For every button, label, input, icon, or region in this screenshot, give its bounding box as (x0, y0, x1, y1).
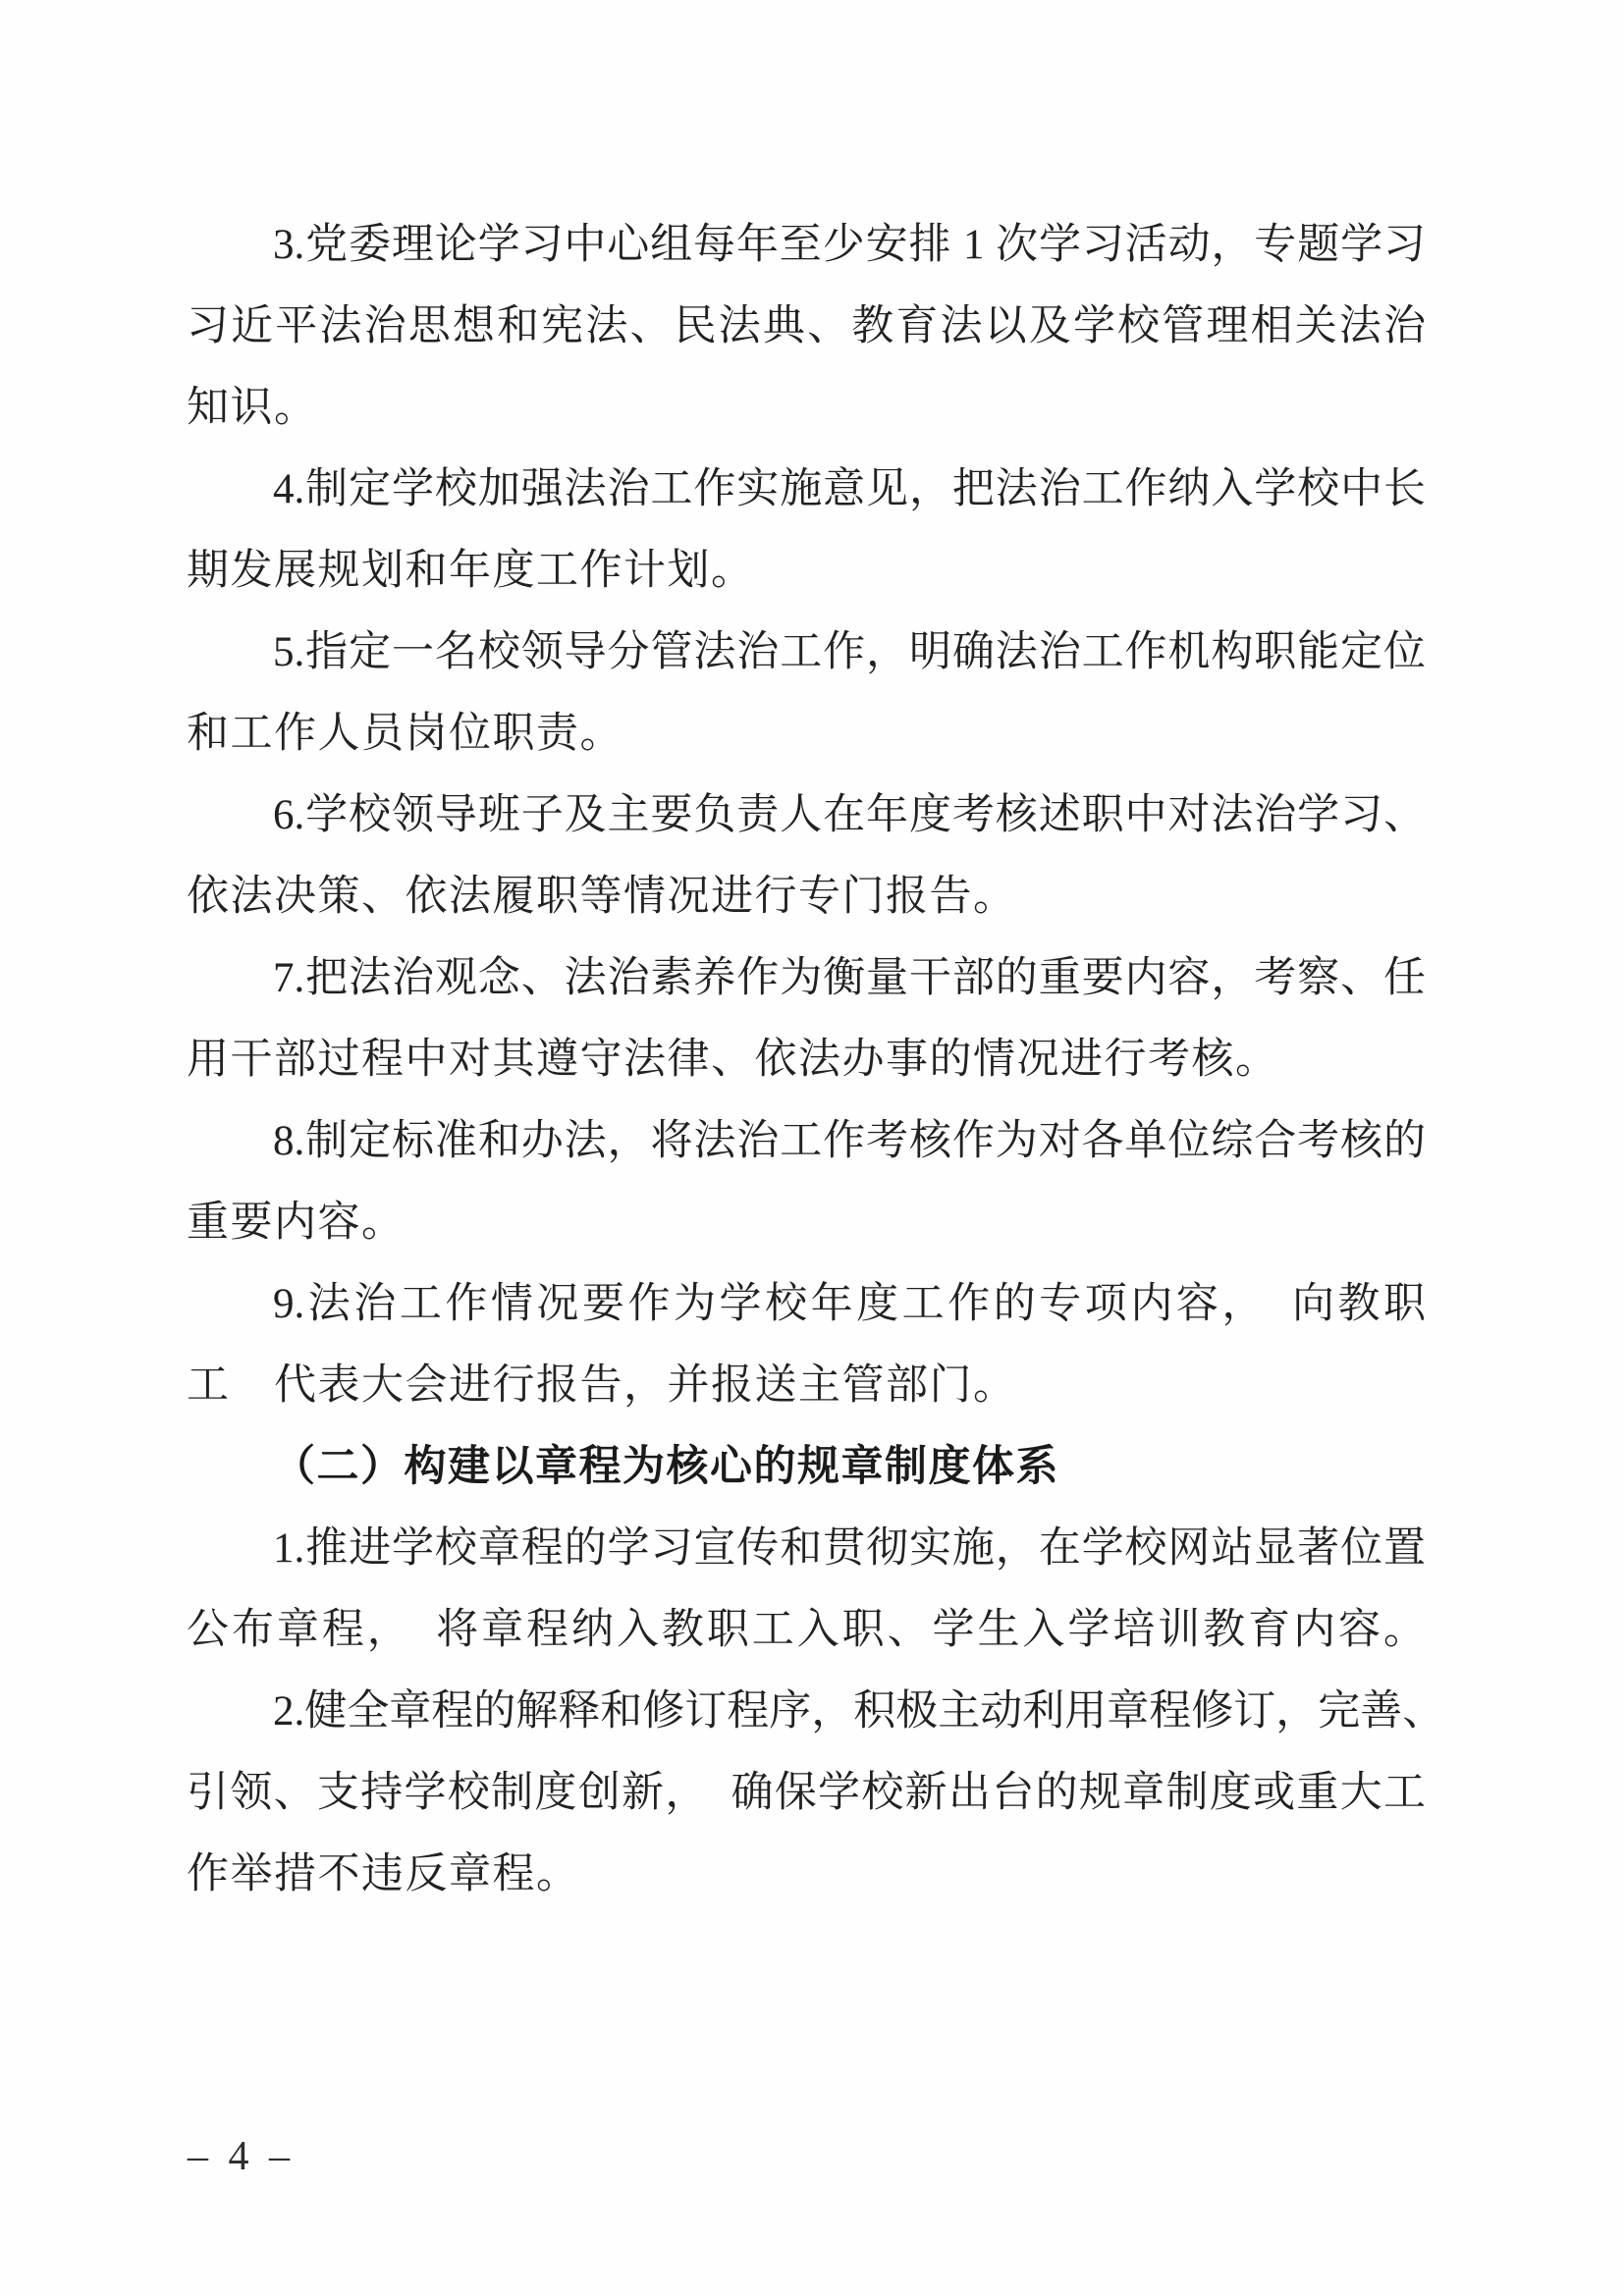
text-line: 知识。 (187, 367, 1426, 449)
text-line: 4.制定学校加强法治工作实施意见，把法治工作纳入学校中长 (187, 449, 1426, 530)
text-line: 6.学校领导班子及主要负责人在年度考核述职中对法治学习、 (187, 774, 1426, 856)
text-line: 8.制定标准和办法，将法治工作考核作为对各单位综合考核的 (187, 1100, 1426, 1182)
section-heading: （二）构建以章程为核心的规章制度体系 (187, 1426, 1426, 1508)
text-line: 引领、支持学校制度创新， 确保学校新出台的规章制度或重大工 (187, 1752, 1426, 1834)
paragraph: 9.法治工作情况要作为学校年度工作的专项内容， 向教职 工 代表大会进行报告，并… (187, 1263, 1426, 1426)
paragraph: 4.制定学校加强法治工作实施意见，把法治工作纳入学校中长 期发展规划和年度工作计… (187, 449, 1426, 612)
paragraph: 6.学校领导班子及主要负责人在年度考核述职中对法治学习、 依法决策、依法履职等情… (187, 774, 1426, 937)
text-line: 公布章程， 将章程纳入教职工入职、学生入学培训教育内容。 (187, 1589, 1426, 1671)
text-line: 9.法治工作情况要作为学校年度工作的专项内容， 向教职 (187, 1263, 1426, 1345)
text-line: 依法决策、依法履职等情况进行专门报告。 (187, 856, 1426, 937)
text-line: 期发展规划和年度工作计划。 (187, 530, 1426, 612)
paragraph: 3.党委理论学习中心组每年至少安排 1 次学习活动，专题学习 习近平法治思想和宪… (187, 204, 1426, 449)
text-line: 习近平法治思想和宪法、民法典、教育法以及学校管理相关法治 (187, 286, 1426, 367)
text-line: 用干部过程中对其遵守法律、依法办事的情况进行考核。 (187, 1019, 1426, 1100)
paragraph: 5.指定一名校领导分管法治工作，明确法治工作机构职能定位 和工作人员岗位职责。 (187, 612, 1426, 774)
document-body: 3.党委理论学习中心组每年至少安排 1 次学习活动，专题学习 习近平法治思想和宪… (187, 204, 1426, 1915)
paragraph: 2.健全章程的解释和修订程序，积极主动利用章程修订，完善、 引领、支持学校制度创… (187, 1671, 1426, 1915)
text-line: 1.推进学校章程的学习宣传和贯彻实施，在学校网站显著位置 (187, 1508, 1426, 1589)
text-line: 2.健全章程的解释和修订程序，积极主动利用章程修订，完善、 (187, 1671, 1426, 1752)
document-page: 3.党委理论学习中心组每年至少安排 1 次学习活动，专题学习 习近平法治思想和宪… (0, 0, 1624, 2296)
paragraph: 1.推进学校章程的学习宣传和贯彻实施，在学校网站显著位置 公布章程， 将章程纳入… (187, 1508, 1426, 1671)
text-line: 5.指定一名校领导分管法治工作，明确法治工作机构职能定位 (187, 612, 1426, 693)
text-line: 7.把法治观念、法治素养作为衡量干部的重要内容，考察、任 (187, 937, 1426, 1019)
text-line: 和工作人员岗位职责。 (187, 693, 1426, 774)
paragraph: 7.把法治观念、法治素养作为衡量干部的重要内容，考察、任 用干部过程中对其遵守法… (187, 937, 1426, 1100)
text-line: 重要内容。 (187, 1182, 1426, 1263)
text-line: 3.党委理论学习中心组每年至少安排 1 次学习活动，专题学习 (187, 204, 1426, 286)
text-line: 作举措不违反章程。 (187, 1834, 1426, 1915)
paragraph: 8.制定标准和办法，将法治工作考核作为对各单位综合考核的 重要内容。 (187, 1100, 1426, 1263)
text-line: 工 代表大会进行报告，并报送主管部门。 (187, 1345, 1426, 1426)
page-number: – 4 – (188, 2133, 295, 2180)
section-heading-text: （二）构建以章程为核心的规章制度体系 (187, 1426, 1426, 1508)
